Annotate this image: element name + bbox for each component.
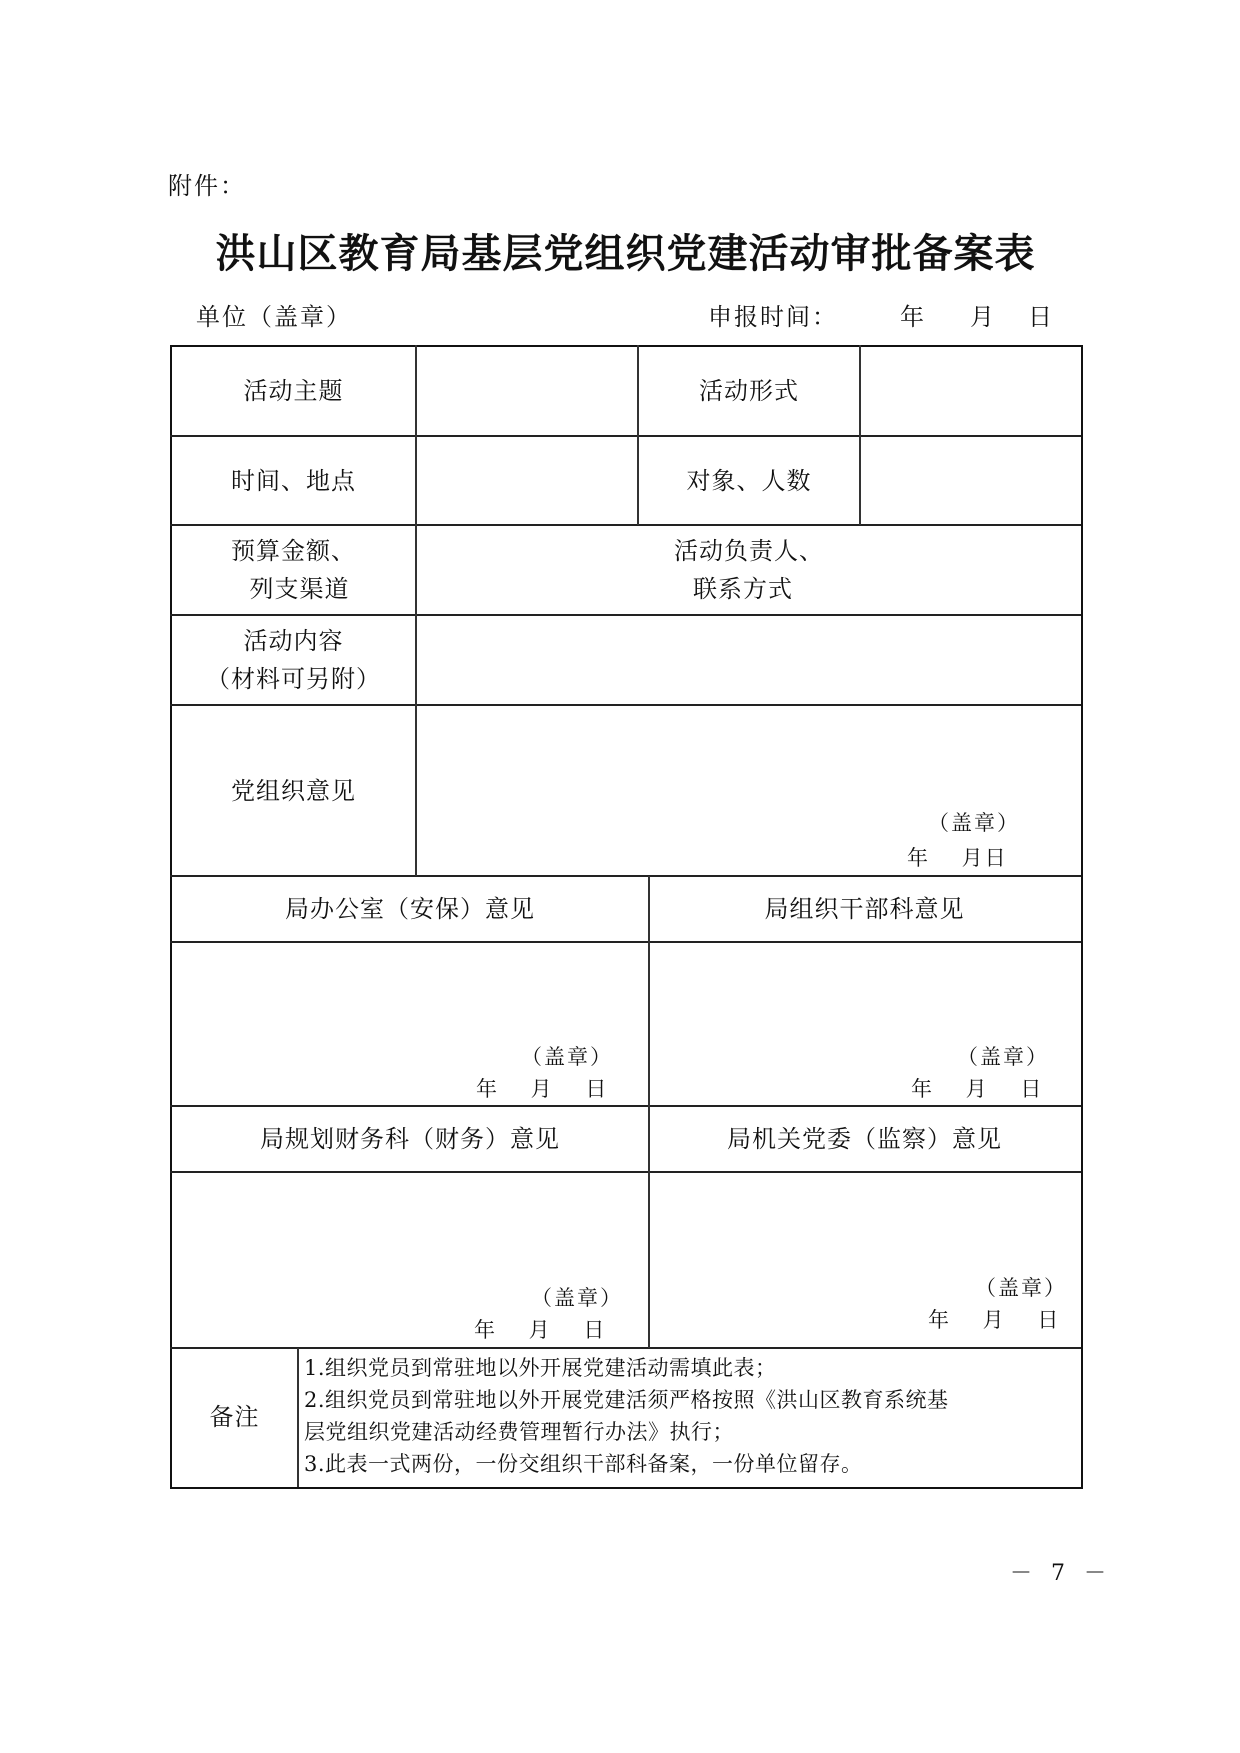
label-office-opinion: 局办公室（安保）意见 [172, 877, 648, 941]
report-year-label: 年 [900, 303, 926, 331]
party-opinion-date: 年 月日 [907, 842, 1008, 872]
note-item: 层党组织党建活动经费管理暂行办法》执行； [304, 1416, 1074, 1448]
party-opinion-seal: （盖章） [928, 807, 1020, 837]
attachment-label: 附件： [168, 166, 246, 201]
notes-list: 1.组织党员到常驻地以外开展党建活动需填此表； 2.组织党员到常驻地以外开展党建… [304, 1352, 1074, 1480]
label-text: 局机关党委（监察）意见 [727, 1120, 1002, 1158]
field-time-place[interactable] [417, 437, 637, 524]
row-divider [170, 1347, 1081, 1349]
label-notes: 备注 [172, 1349, 297, 1485]
field-activity-theme[interactable] [417, 347, 637, 435]
label-text: 局办公室（安保）意见 [285, 890, 535, 928]
label-budget-channel: 预算金额、 列支渠道 [172, 526, 415, 614]
note-item: 2.组织党员到常驻地以外开展党建活须严格按照《洪山区教育系统基 [304, 1384, 1074, 1416]
label-text-line1: 活动负责人、 [674, 532, 824, 570]
label-text: 对象、人数 [687, 462, 812, 500]
field-activity-form[interactable] [861, 347, 1079, 435]
label-responsible-contact: 活动负责人、 联系方式 [639, 526, 859, 614]
label-target-count: 对象、人数 [639, 437, 859, 524]
label-text: 活动主题 [244, 372, 344, 410]
field-responsible-contact[interactable] [861, 526, 1079, 614]
label-text: 时间、地点 [231, 462, 356, 500]
unit-seal-label: 单位（盖章） [196, 297, 352, 332]
finance-opinion-date: 年 月 日 [474, 1314, 606, 1344]
label-activity-content: 活动内容 （材料可另附） [172, 616, 415, 704]
label-text: 党组织意见 [231, 772, 356, 810]
organization-opinion-date: 年 月 日 [911, 1073, 1043, 1103]
label-text-line2: （材料可另附） [206, 660, 381, 698]
report-month-label: 月 [970, 303, 996, 331]
party-committee-opinion-date: 年 月 日 [928, 1304, 1060, 1334]
party-committee-opinion-seal: （盖章） [975, 1272, 1067, 1302]
office-opinion-date: 年 月 日 [476, 1073, 608, 1103]
organization-opinion-seal: （盖章） [957, 1041, 1049, 1071]
label-text-line2: 列支渠道 [231, 570, 356, 608]
label-finance-opinion: 局规划财务科（财务）意见 [172, 1107, 648, 1171]
report-day-label: 日 [1028, 303, 1054, 331]
note-item: 1.组织党员到常驻地以外开展党建活动需填此表； [304, 1352, 1074, 1384]
label-time-place: 时间、地点 [172, 437, 415, 524]
column-divider [297, 1348, 299, 1487]
label-activity-theme: 活动主题 [172, 347, 415, 435]
note-item: 3.此表一式两份，一份交组织干部科备案，一份单位留存。 [304, 1448, 1074, 1480]
report-time-label: 申报时间： [708, 303, 838, 331]
label-text: 局规划财务科（财务）意见 [260, 1120, 560, 1158]
document-title: 洪山区教育局基层党组织党建活动审批备案表 [170, 222, 1081, 279]
report-time: 申报时间：年月日 [708, 297, 1054, 332]
field-activity-content[interactable] [417, 616, 1079, 704]
label-activity-form: 活动形式 [639, 347, 859, 435]
field-budget-channel[interactable] [417, 526, 637, 614]
label-organization-opinion: 局组织干部科意见 [650, 877, 1079, 941]
finance-opinion-seal: （盖章） [531, 1282, 623, 1312]
label-text: 局组织干部科意见 [765, 890, 965, 928]
label-party-committee-opinion: 局机关党委（监察）意见 [650, 1107, 1079, 1171]
label-text: 备注 [210, 1398, 260, 1436]
office-opinion-seal: （盖章） [521, 1041, 613, 1071]
label-text-line1: 活动内容 [206, 622, 381, 660]
page-number: － 7 － [1010, 1556, 1112, 1587]
label-text-line1: 预算金额、 [231, 532, 356, 570]
label-party-opinion: 党组织意见 [172, 706, 415, 875]
label-text-line2: 联系方式 [674, 570, 824, 608]
field-target-count[interactable] [861, 437, 1079, 524]
label-text: 活动形式 [699, 372, 799, 410]
